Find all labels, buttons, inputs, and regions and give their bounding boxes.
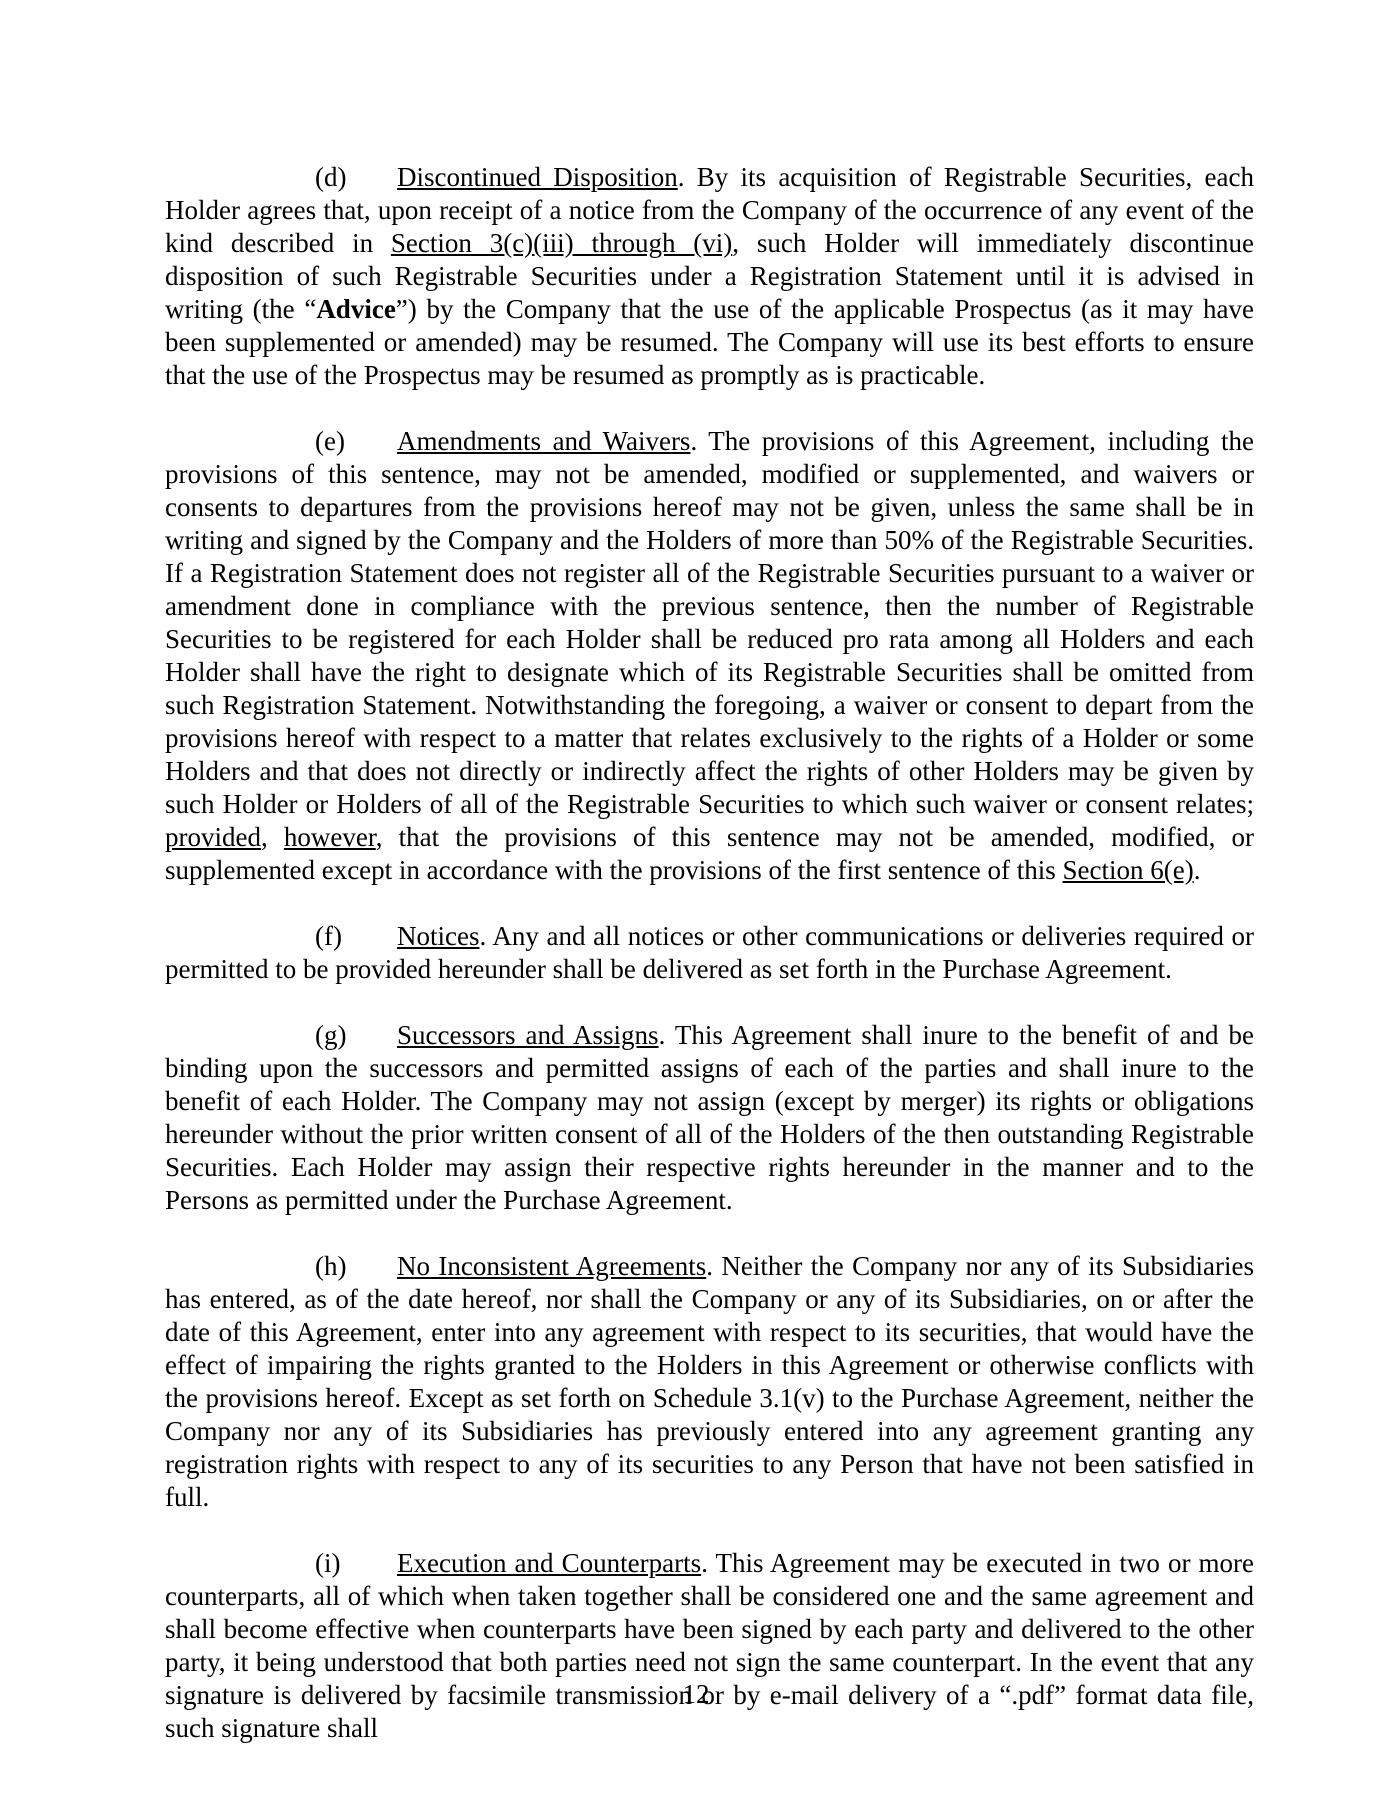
paragraph-label: (d) [315,161,397,194]
section-heading-run: provided [165,822,261,852]
section-heading-run: Notices [397,921,479,951]
paragraph-label: (g) [315,1019,397,1052]
paragraph-f: (f)Notices. Any and all notices or other… [165,920,1254,986]
section-heading-run: Discontinued Disposition [397,162,678,192]
paragraph-label: (i) [315,1547,397,1580]
text-run: . The provisions of this Agreement, incl… [165,426,1254,819]
text-run: , [261,822,284,852]
document-body: (d)Discontinued Disposition. By its acqu… [165,161,1254,1778]
section-heading-run: however [284,822,376,852]
section-heading-run: Amendments and Waivers [397,426,690,456]
section-heading-run: Successors and Assigns [397,1020,659,1050]
text-run: . Neither the Company nor any of its Sub… [165,1251,1254,1512]
paragraph-g: (g)Successors and Assigns. This Agreemen… [165,1019,1254,1217]
paragraph-d: (d)Discontinued Disposition. By its acqu… [165,161,1254,392]
page-number: 12 [0,1678,1392,1711]
bold-term-run: Advice [316,294,395,324]
section-heading-run: Execution and Counterparts [397,1548,701,1578]
paragraph-label: (e) [315,425,397,458]
paragraph-h: (h)No Inconsistent Agreements. Neither t… [165,1250,1254,1514]
document-page: (d)Discontinued Disposition. By its acqu… [0,0,1392,1812]
text-run: . [1194,855,1201,885]
section-heading-run: Section 3(c)(iii) through (vi) [391,228,732,258]
section-heading-run: No Inconsistent Agreements [397,1251,706,1281]
paragraph-e: (e)Amendments and Waivers. The provision… [165,425,1254,887]
paragraph-label: (f) [315,920,397,953]
paragraph-label: (h) [315,1250,397,1283]
section-heading-run: Section 6(e) [1062,855,1193,885]
paragraph-i: (i)Execution and Counterparts. This Agre… [165,1547,1254,1745]
